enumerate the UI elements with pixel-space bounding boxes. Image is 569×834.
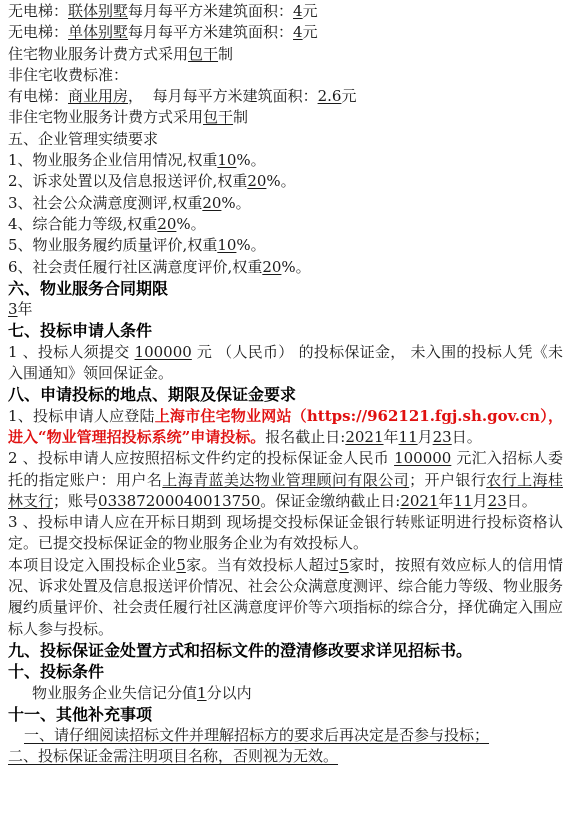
non-residential-fee-heading: 非住宅收费标准： [8, 65, 563, 86]
billing-suffix: 制 [218, 45, 233, 63]
item-suffix: %。 [281, 258, 310, 276]
para-text: ；账号 [53, 492, 98, 510]
item-weight: 20 [247, 172, 266, 190]
billing-text: 住宅物业服务计费方式采用 [8, 45, 188, 63]
document-body: 无电梯：联体别墅每月每平方米建筑面积：4元 无电梯：单体别墅每月每平方米建筑面积… [0, 0, 563, 768]
item-weight: 20 [262, 258, 281, 276]
fee-amount: 4 [293, 23, 303, 41]
account-name: 上海青蓝美达物业管理顾问有限公司 [162, 471, 409, 489]
fee-heading-text: 非住宅收费标准： [8, 66, 128, 84]
non-residential-billing-method: 非住宅物业服务计费方式采用包干制 [8, 107, 563, 128]
item-weight: 10 [217, 236, 236, 254]
billing-suffix: 制 [233, 108, 248, 126]
billing-text: 非住宅物业服务计费方式采用 [8, 108, 203, 126]
item-suffix: %。 [176, 215, 205, 233]
weight-item-2: 2、诉求处置以及信息报送评价,权重20%。 [8, 171, 563, 192]
month-unit: 月 [473, 492, 488, 510]
para-text: 1、投标申请人应登陆 [8, 407, 155, 425]
fee-line-commercial: 有电梯：商业用房， 每月每平方米建筑面积：2.6元 [8, 86, 563, 107]
weight-item-4: 4、综合能力等级,权重20%。 [8, 214, 563, 235]
account-number: 03387200040013750 [98, 492, 260, 510]
billing-method: 包干 [188, 45, 218, 63]
contract-years: 3 [8, 300, 18, 318]
para-text: ；开户银行 [409, 471, 486, 489]
item-weight: 20 [157, 215, 176, 233]
fee-amount: 2.6 [318, 87, 342, 105]
deposit-amount: 100000 [135, 343, 192, 361]
fee-label: 无电梯： [8, 23, 68, 41]
registration-deadline-day: 23 [433, 428, 452, 446]
para-text: 本项目设定入围投标企业 [8, 556, 176, 574]
item-text: 6、社会责任履行社区满意度评价,权重 [8, 258, 262, 276]
fee-desc: 每月每平方米建筑面积： [128, 23, 293, 41]
registration-paragraph: 1、投标申请人应登陆上海市住宅物业网站（https://962121.fgj.s… [8, 406, 563, 449]
fee-line-linked-villa: 无电梯：联体别墅每月每平方米建筑面积：4元 [8, 1, 563, 22]
contract-years-unit: 年 [18, 300, 33, 318]
para-text: 2 、投标申请人应按照招标文件约定的投标保证金人民币 [8, 449, 394, 467]
deposit-amount: 100000 [394, 449, 451, 467]
contract-term: 3年 [8, 299, 563, 320]
item-text: 3、社会公众满意度测评,权重 [8, 194, 202, 212]
day-unit: 日。 [507, 492, 537, 510]
shortlist-paragraph: 本项目设定入围投标企业5家。当有效投标人超过5家时，按照有效应标人的信用情况、诉… [8, 555, 563, 640]
weight-item-1: 1、物业服务企业信用情况,权重10%。 [8, 150, 563, 171]
billing-method: 包干 [203, 108, 233, 126]
section-8-title: 八、申请投标的地点、期限及保证金要求 [8, 384, 563, 405]
condition-text: 分以内 [207, 684, 252, 702]
property-type: 单体别墅 [68, 23, 128, 41]
condition-text: 物业服务企业失信记分值 [32, 684, 197, 702]
section-10-title: 十、投标条件 [8, 661, 563, 682]
section-11-title: 十一、其他补充事项 [8, 704, 563, 725]
item-text: 2、诉求处置以及信息报送评价,权重 [8, 172, 247, 190]
fee-unit: 元 [303, 23, 318, 41]
item-suffix: %。 [236, 236, 265, 254]
para-text: 1 、投标人须提交 [8, 343, 135, 361]
property-type: 联体别墅 [68, 2, 128, 20]
fee-line-detached-villa: 无电梯：单体别墅每月每平方米建筑面积：4元 [8, 22, 563, 43]
item-text: 4、综合能力等级,权重 [8, 215, 157, 233]
supplement-item-1: 一、请仔细阅读招标文件并理解招标方的要求后再决定是否参与投标； [8, 725, 563, 746]
item-weight: 10 [217, 151, 236, 169]
item-suffix: %。 [221, 194, 250, 212]
deposit-deadline-month: 11 [454, 492, 473, 510]
fee-label: 无电梯： [8, 2, 68, 20]
threshold-count: 5 [339, 556, 349, 574]
item-suffix: %。 [266, 172, 295, 190]
fee-amount: 4 [293, 2, 303, 20]
section-7-title: 七、投标申请人条件 [8, 320, 563, 341]
registration-deadline-month: 11 [399, 428, 418, 446]
fee-unit: 元 [341, 87, 356, 105]
para-text: 家。当有效投标人超过 [186, 556, 339, 574]
item-text: 1、物业服务企业信用情况,权重 [8, 151, 217, 169]
shortlist-count: 5 [176, 556, 186, 574]
qualification-paragraph: 3 、投标申请人应在开标日期到 现场提交投标保证金银行转账证明进行投标资格认定。… [8, 512, 563, 555]
para-text: 。保证金缴纳截止日: [260, 492, 400, 510]
weight-item-3: 3、社会公众满意度测评,权重20%。 [8, 193, 563, 214]
day-unit: 日。 [452, 428, 482, 446]
item-suffix: %。 [236, 151, 265, 169]
item-text: 5、物业服务履约质量评价,权重 [8, 236, 217, 254]
residential-billing-method: 住宅物业服务计费方式采用包干制 [8, 44, 563, 65]
section-9-title: 九、投标保证金处置方式和招标文件的澄清修改要求详见招标书。 [8, 640, 563, 661]
deposit-deadline-year: 2021 [400, 492, 438, 510]
year-unit: 年 [439, 492, 454, 510]
item-weight: 20 [202, 194, 221, 212]
deposit-deadline-day: 23 [488, 492, 507, 510]
year-unit: 年 [384, 428, 399, 446]
month-unit: 月 [418, 428, 433, 446]
credit-score: 1 [197, 684, 207, 702]
property-type: 商业用房 [68, 87, 128, 105]
section-6-title: 六、物业服务合同期限 [8, 278, 563, 299]
weight-item-6: 6、社会责任履行社区满意度评价,权重20%。 [8, 257, 563, 278]
bidder-deposit-paragraph: 1 、投标人须提交 100000 元 （人民币） 的投标保证金， 未入围的投标人… [8, 342, 563, 385]
fee-label: 有电梯： [8, 87, 68, 105]
registration-deadline-year: 2021 [345, 428, 383, 446]
fee-desc: ， 每月每平方米建筑面积： [128, 87, 318, 105]
bid-condition: 物业服务企业失信记分值1分以内 [8, 683, 563, 704]
weight-item-5: 5、物业服务履约质量评价,权重10%。 [8, 235, 563, 256]
fee-desc: 每月每平方米建筑面积： [128, 2, 293, 20]
para-text: 报名截止日: [265, 428, 345, 446]
deposit-account-paragraph: 2 、投标申请人应按照招标文件约定的投标保证金人民币 100000 元汇入招标人… [8, 448, 563, 512]
section-5-title: 五、企业管理实绩要求 [8, 129, 563, 150]
fee-unit: 元 [303, 2, 318, 20]
supplement-item-2: 二、投标保证金需注明项目名称，否则视为无效。 [8, 746, 563, 767]
